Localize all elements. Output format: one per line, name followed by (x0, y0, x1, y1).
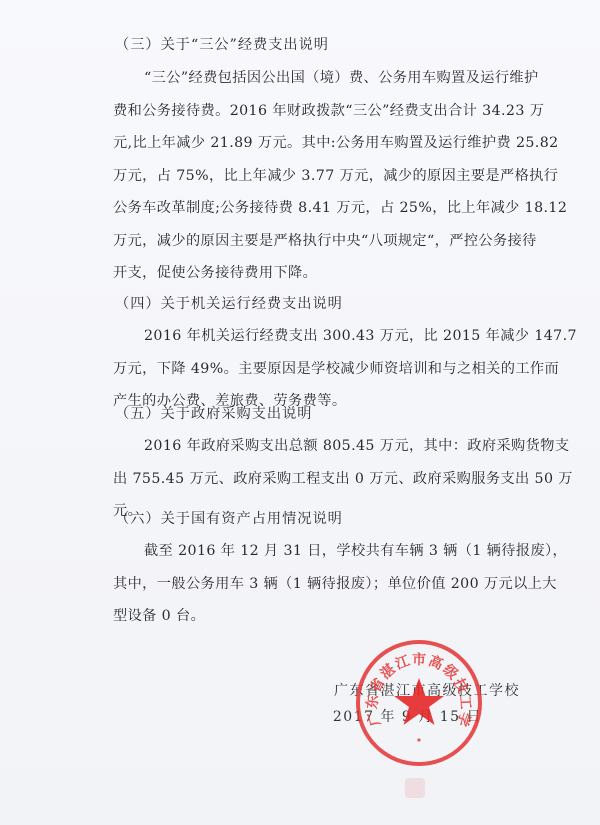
paragraph-line: 出 755.45 万元、政府采购工程支出 0 万元、政府采购服务支出 50 万 (84, 463, 516, 496)
seal-graphic: 广东省湛江市高级技工学校 (360, 644, 478, 762)
section-heading: （三）关于“三公”经费支出说明 (84, 34, 516, 56)
paragraph-line: 公务车改革制度;公务接待费 8.41 万元，占 25%，比上年减少 18.12 (84, 192, 516, 225)
section-six: （六）关于国有资产占用情况说明 (84, 508, 516, 530)
faint-stamp-residue (405, 778, 425, 798)
paragraph-line: 型设备 0 台。 (84, 600, 516, 633)
section-five: （五）关于政府采购支出说明 (84, 403, 516, 425)
paragraph-line: “三公”经费包括因公出国（境）费、公务用车购置及运行维护 (84, 62, 516, 95)
section-heading: （六）关于国有资产占用情况说明 (84, 508, 516, 530)
paragraph-line: 开支，促使公务接待费用下降。 (84, 257, 516, 290)
paragraph-line: 其中，一般公务用车 3 辆（1 辆待报废）；单位价值 200 万元以上大 (84, 568, 516, 601)
paragraph-line: 万元，减少的原因主要是严格执行中央“八项规定“，严控公务接待 (84, 225, 516, 258)
paragraph-line: 万元，下降 49%。主要原因是学校减少师资培训和与之相关的工作而 (84, 353, 516, 386)
section-six-body: 截至 2016 年 12 月 31 日，学校共有车辆 3 辆（1 辆待报废）， … (84, 535, 516, 633)
section-four: （四）关于机关运行经费支出说明 (84, 293, 516, 315)
section-heading: （五）关于政府采购支出说明 (84, 403, 516, 425)
paragraph-line: 2016 年机关运行经费支出 300.43 万元，比 2015 年减少 147.… (84, 320, 516, 353)
paragraph-line: 万元，占 75%，比上年减少 3.77 万元，减少的原因主要是严格执行 (84, 160, 516, 193)
star-icon (394, 678, 444, 725)
section-heading: （四）关于机关运行经费支出说明 (84, 293, 516, 315)
paragraph-line: 2016 年政府采购支出总额 805.45 万元，其中：政府采购货物支 (84, 430, 516, 463)
official-seal-stamp: 广东省湛江市高级技工学校 (356, 640, 482, 766)
document-page: （三）关于“三公”经费支出说明 “三公”经费包括因公出国（境）费、公务用车购置及… (0, 0, 600, 825)
section-three-body: “三公”经费包括因公出国（境）费、公务用车购置及运行维护 费和公务接待费。201… (84, 62, 516, 290)
paragraph-line: 元,比上年减少 21.89 万元。其中:公务用车购置及运行维护费 25.82 (84, 127, 516, 160)
section-three: （三）关于“三公”经费支出说明 (84, 34, 516, 56)
paragraph-line: 费和公务接待费。2016 年财政拨款“三公”经费支出合计 34.23 万 (84, 95, 516, 128)
paragraph-line: 截至 2016 年 12 月 31 日，学校共有车辆 3 辆（1 辆待报废）， (84, 535, 516, 568)
